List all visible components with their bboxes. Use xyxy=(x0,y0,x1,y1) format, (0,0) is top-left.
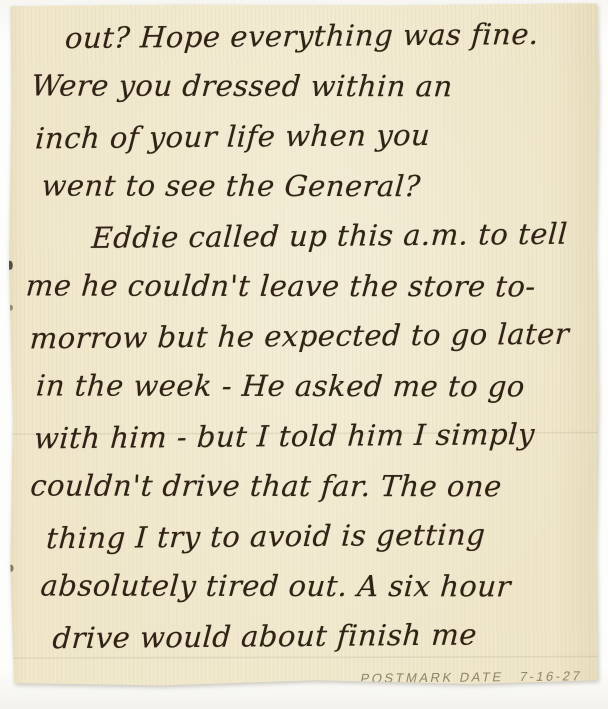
handwritten-line: Eddie called up this a.m. to tell xyxy=(20,209,589,264)
letter-paper: out? Hope everything was fine. Were you … xyxy=(7,3,601,688)
scan-background: out? Hope everything was fine. Were you … xyxy=(0,0,608,709)
postmark-date: 7-16-27 xyxy=(518,668,583,684)
handwritten-line: thing I try to avoid is getting xyxy=(21,509,590,564)
paper-shadow-wrap: out? Hope everything was fine. Were you … xyxy=(0,0,608,709)
handwritten-line: me he couldn't leave the store to- xyxy=(20,260,589,311)
handwritten-line: morrow but he expected to go later xyxy=(20,309,589,364)
handwritten-line: drive would about finish me xyxy=(21,609,590,664)
handwritten-line: inch of your life when you xyxy=(20,109,589,164)
handwritten-line: absolutely tired out. A six hour xyxy=(21,560,590,611)
handwritten-line: out? Hope everything was fine. xyxy=(20,9,589,64)
postmark-label: POSTMARK DATE xyxy=(359,669,505,686)
handwritten-line: with him - but I told him I simply xyxy=(21,409,590,464)
ink-edge-mark xyxy=(9,565,14,572)
handwritten-line: couldn't drive that far. The one xyxy=(21,460,590,511)
postmark-pencil-annotation: POSTMARK DATE 7-16-27 xyxy=(359,668,584,686)
handwritten-line: in the week - He asked me to go xyxy=(20,360,589,411)
handwritten-text-block: out? Hope everything was fine. Were you … xyxy=(21,10,589,661)
ink-edge-mark xyxy=(8,261,13,270)
handwritten-line: Were you dressed within an xyxy=(20,60,589,111)
ink-edge-mark xyxy=(8,305,13,311)
handwritten-line: went to see the General? xyxy=(20,160,589,211)
